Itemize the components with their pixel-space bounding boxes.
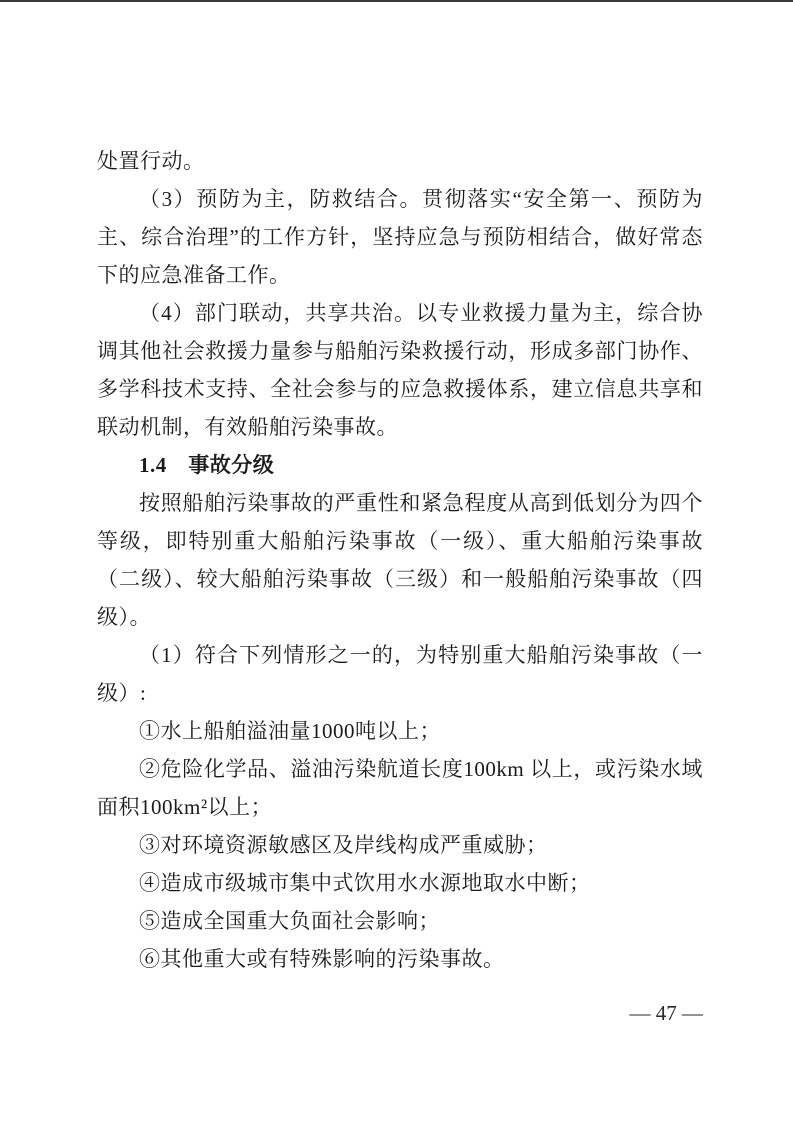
- body-paragraph: ②危险化学品、溢油污染航道长度100km 以上，或污染水域面积100km²以上；: [97, 750, 703, 826]
- body-paragraph: 按照船舶污染事故的严重性和紧急程度从高到低划分为四个等级，即特别重大船舶污染事故…: [97, 484, 703, 636]
- document-page: 处置行动。（3）预防为主，防救结合。贯彻落实“安全第一、预防为主、综合治理”的工…: [0, 0, 793, 1122]
- body-paragraph: （1）符合下列情形之一的，为特别重大船舶污染事故（一级）:: [97, 636, 703, 712]
- document-body: 处置行动。（3）预防为主，防救结合。贯彻落实“安全第一、预防为主、综合治理”的工…: [97, 142, 703, 978]
- body-paragraph: （3）预防为主，防救结合。贯彻落实“安全第一、预防为主、综合治理”的工作方针，坚…: [97, 180, 703, 294]
- page-number: — 47 —: [97, 998, 703, 1028]
- body-paragraph: （4）部门联动，共享共治。以专业救援力量为主，综合协调其他社会救援力量参与船舶污…: [97, 294, 703, 446]
- body-paragraph: ④造成市级城市集中式饮用水水源地取水中断；: [97, 864, 703, 902]
- scan-top-edge-line: [0, 0, 793, 2]
- body-paragraph: ①水上船舶溢油量1000吨以上；: [97, 712, 703, 750]
- body-paragraph: 处置行动。: [97, 142, 703, 180]
- body-paragraph: ③对环境资源敏感区及岸线构成严重威胁；: [97, 826, 703, 864]
- body-paragraph: ⑥其他重大或有特殊影响的污染事故。: [97, 940, 703, 978]
- section-heading: 1.4 事故分级: [97, 446, 703, 484]
- body-paragraph: ⑤造成全国重大负面社会影响；: [97, 902, 703, 940]
